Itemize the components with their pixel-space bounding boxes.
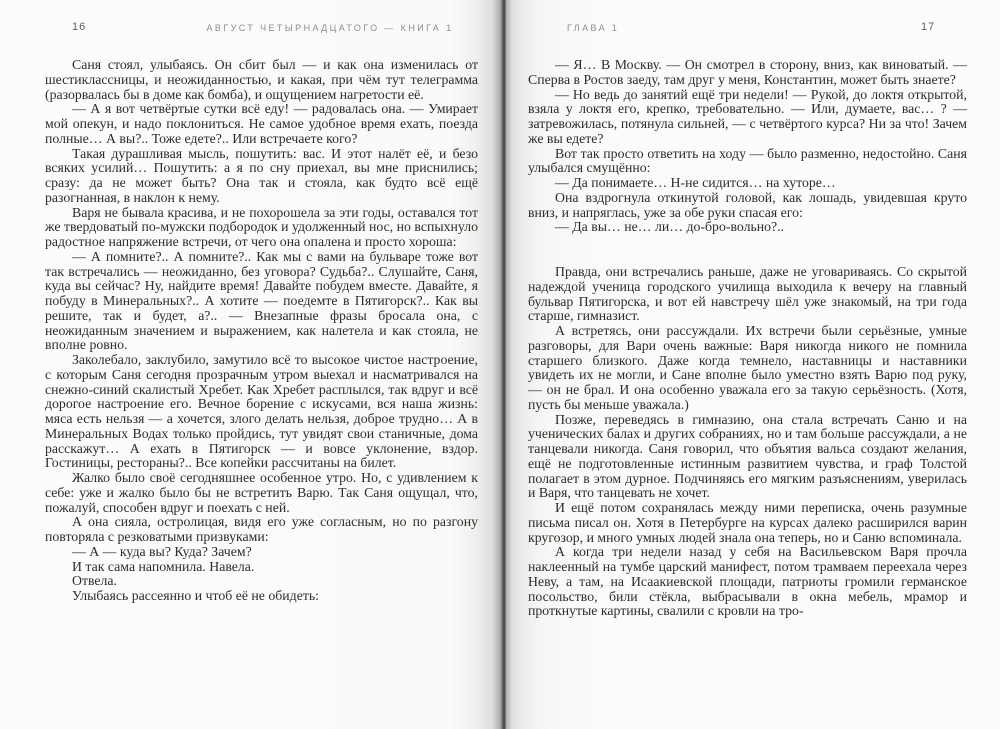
paragraph: И так сама напомнила. Навела. (45, 560, 478, 575)
book-spread: 16 АВГУСТ ЧЕТЫРНАДЦАТОГО — КНИГА 1 Саня … (0, 0, 1000, 729)
running-head-chapter: ГЛАВА 1 (567, 23, 619, 33)
paragraph: — А я вот четвёртые сутки всё еду! — рад… (45, 102, 478, 146)
body-text-left: Саня стоял, улыбаясь. Он сбит был — и ка… (45, 58, 478, 604)
paragraph: — Да вы… не… ли… до-бро-вольно?.. (528, 220, 967, 235)
paragraph: Вот так просто ответить на ходу — было р… (528, 147, 967, 177)
page-number-left: 16 (72, 21, 86, 33)
text-section-flashback: Правда, они встречались раньше, даже не … (528, 265, 967, 619)
paragraph: Жалко было своё сегодняшнее особенное ут… (45, 471, 478, 515)
paragraph: Отвела. (45, 574, 478, 589)
page-number-right: 17 (921, 21, 935, 33)
paragraph: А когда три недели назад у себя на Васил… (528, 545, 967, 619)
paragraph: И ещё потом сохранялась между ними переп… (528, 501, 967, 545)
running-head-book-title: АВГУСТ ЧЕТЫРНАДЦАТОГО — КНИГА 1 (160, 23, 500, 33)
paragraph: Саня стоял, улыбаясь. Он сбит был — и ка… (45, 58, 478, 102)
paragraph: Улыбаясь рассеянно и чтоб её не обидеть: (45, 589, 478, 604)
body-text-right: — Я… В Москву. — Он смотрел в сторону, в… (528, 58, 967, 619)
paragraph: — А помните?.. А помните?.. Как мы с вам… (45, 250, 478, 353)
paragraph: А встретясь, они рассуждали. Их встречи … (528, 324, 967, 413)
paragraph: Она вздрогнула откинутой головой, как ло… (528, 191, 967, 221)
paragraph: — А — куда вы? Куда? Зачем? (45, 545, 478, 560)
paragraph: Правда, они встречались раньше, даже не … (528, 265, 967, 324)
paragraph: — Да понимаете… Н-не сидится… на хуторе… (528, 176, 967, 191)
paragraph: А она сияла, остролицая, видя его уже со… (45, 515, 478, 545)
paragraph: Заколебало, заклубило, замутило всё то в… (45, 353, 478, 471)
paragraph: Позже, переведясь в гимназию, она стала … (528, 413, 967, 502)
paragraph: Варя не бывала красива, и не похорошела … (45, 206, 478, 250)
text-section-dialogue: — Я… В Москву. — Он смотрел в сторону, в… (528, 58, 967, 235)
paragraph: — Я… В Москву. — Он смотрел в сторону, в… (528, 58, 967, 88)
paragraph: Такая дурашливая мысль, пошутить: вас. И… (45, 147, 478, 206)
paragraph: — Но ведь до занятий ещё три недели! — Р… (528, 88, 967, 147)
